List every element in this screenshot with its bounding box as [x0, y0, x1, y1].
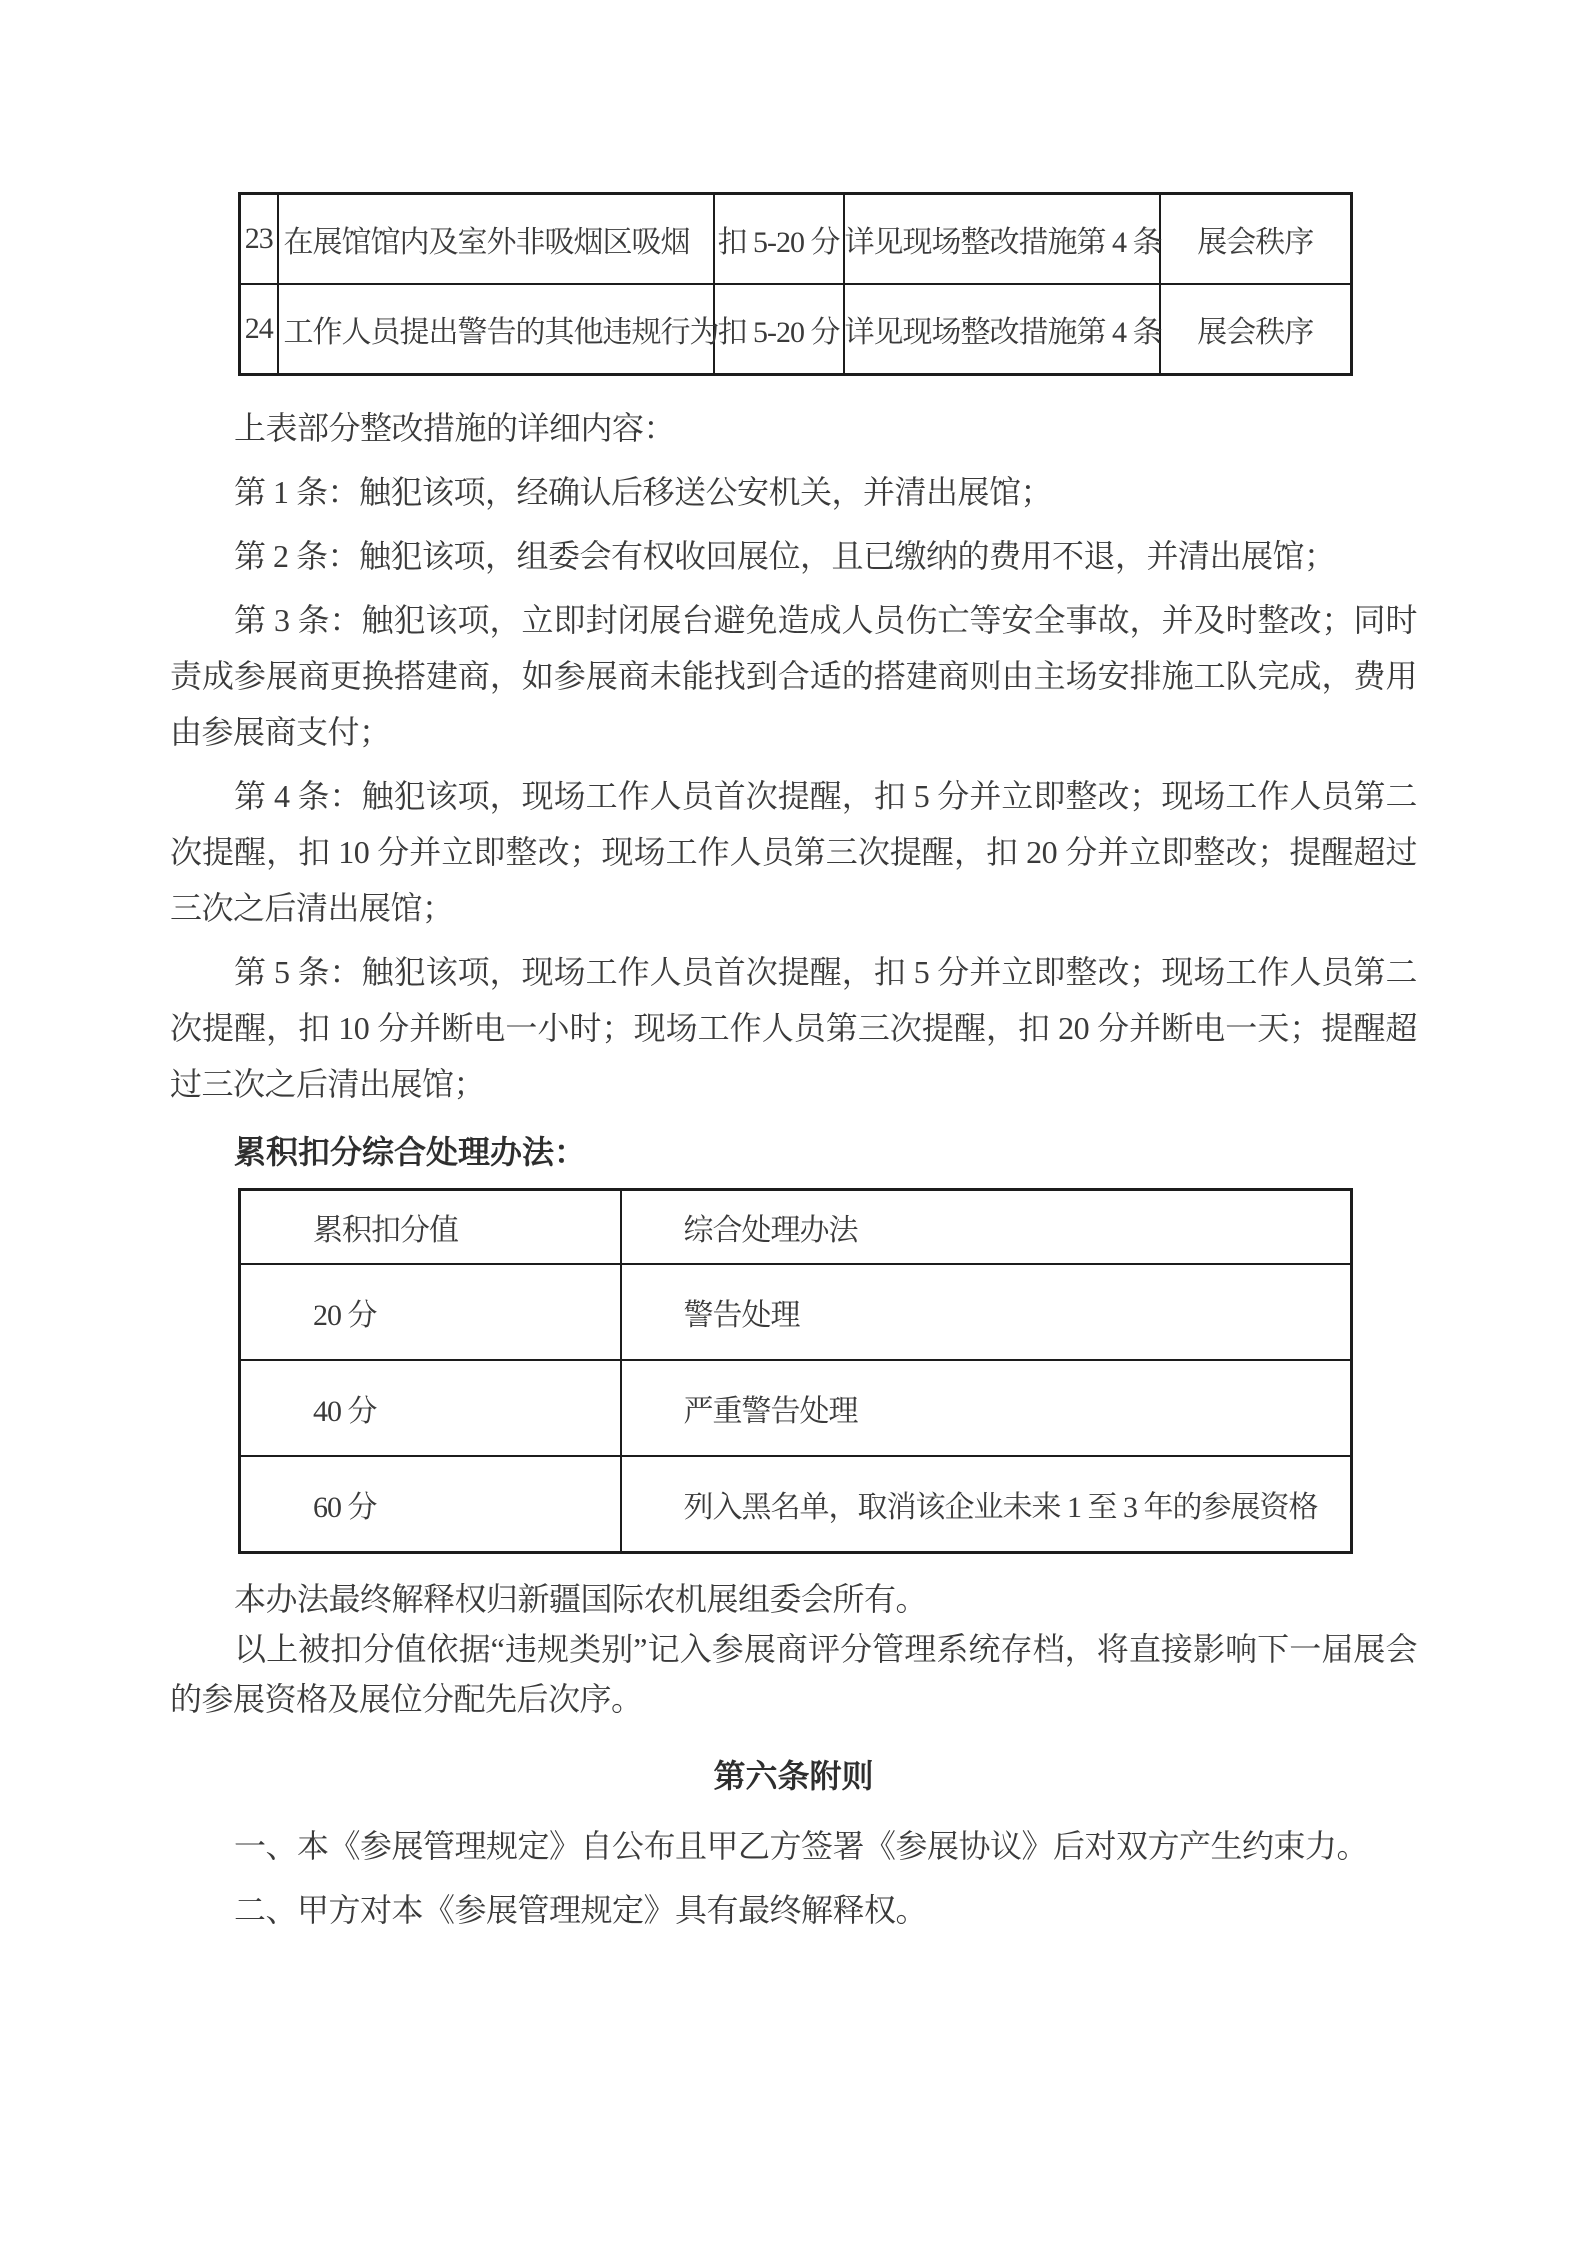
- penalty-table: 累积扣分值 综合处理办法 20 分 警告处理 40 分 严重警告处理 60 分 …: [238, 1188, 1353, 1554]
- violation-table-row-24: 24 工作人员提出警告的其他违规行为 扣 5-20 分 详见现场整改措施第 4 …: [240, 284, 1352, 375]
- measure-item-2: 第 2 条：触犯该项，组委会有权收回展位，且已缴纳的费用不退，并清出展馆；: [170, 528, 1417, 584]
- penalty-score: 60 分: [240, 1456, 621, 1553]
- rectification-measure: 详见现场整改措施第 4 条: [844, 284, 1160, 375]
- penalty-section-heading: 累积扣分综合处理办法：: [170, 1124, 1417, 1180]
- violation-category: 展会秩序: [1160, 284, 1352, 375]
- penalty-score-header: 累积扣分值: [240, 1190, 621, 1265]
- record-note: 以上被扣分值依据“违规类别”记入参展商评分管理系统存档，将直接影响下一届展会的参…: [170, 1624, 1417, 1724]
- penalty-table-row: 40 分 严重警告处理: [240, 1360, 1352, 1456]
- appendix-item-2: 二、甲方对本《参展管理规定》具有最终解释权。: [170, 1882, 1417, 1938]
- measures-intro: 上表部分整改措施的详细内容：: [170, 400, 1417, 456]
- penalty-score: 20 分: [240, 1264, 621, 1360]
- violation-table: 23 在展馆馆内及室外非吸烟区吸烟 扣 5-20 分 详见现场整改措施第 4 条…: [238, 192, 1353, 376]
- violation-description: 在展馆馆内及室外非吸烟区吸烟: [278, 194, 714, 285]
- penalty-action: 警告处理: [621, 1264, 1352, 1360]
- measure-item-4: 第 4 条：触犯该项，现场工作人员首次提醒，扣 5 分并立即整改；现场工作人员第…: [170, 768, 1417, 936]
- deduction-points: 扣 5-20 分: [714, 194, 844, 285]
- penalty-table-row: 60 分 列入黑名单，取消该企业未来 1 至 3 年的参展资格: [240, 1456, 1352, 1553]
- document-page: 23 在展馆馆内及室外非吸烟区吸烟 扣 5-20 分 详见现场整改措施第 4 条…: [0, 0, 1587, 2245]
- penalty-table-header-row: 累积扣分值 综合处理办法: [240, 1190, 1352, 1265]
- penalty-score: 40 分: [240, 1360, 621, 1456]
- rectification-measure: 详见现场整改措施第 4 条: [844, 194, 1160, 285]
- penalty-action-header: 综合处理办法: [621, 1190, 1352, 1265]
- row-number: 24: [240, 284, 278, 375]
- interpretation-note: 本办法最终解释权归新疆国际农机展组委会所有。: [170, 1574, 1417, 1624]
- violation-table-row-23: 23 在展馆馆内及室外非吸烟区吸烟 扣 5-20 分 详见现场整改措施第 4 条…: [240, 194, 1352, 285]
- penalty-action: 严重警告处理: [621, 1360, 1352, 1456]
- measure-item-5: 第 5 条：触犯该项，现场工作人员首次提醒，扣 5 分并立即整改；现场工作人员第…: [170, 944, 1417, 1112]
- penalty-table-row: 20 分 警告处理: [240, 1264, 1352, 1360]
- measure-item-1: 第 1 条：触犯该项，经确认后移送公安机关，并清出展馆；: [170, 464, 1417, 520]
- appendix-item-1: 一、本《参展管理规定》自公布且甲乙方签署《参展协议》后对双方产生约束力。: [170, 1818, 1417, 1874]
- appendix-heading: 第六条附则: [170, 1748, 1417, 1804]
- penalty-action: 列入黑名单，取消该企业未来 1 至 3 年的参展资格: [621, 1456, 1352, 1553]
- violation-category: 展会秩序: [1160, 194, 1352, 285]
- deduction-points: 扣 5-20 分: [714, 284, 844, 375]
- measure-item-3: 第 3 条：触犯该项，立即封闭展台避免造成人员伤亡等安全事故，并及时整改；同时责…: [170, 592, 1417, 760]
- row-number: 23: [240, 194, 278, 285]
- violation-description: 工作人员提出警告的其他违规行为: [278, 284, 714, 375]
